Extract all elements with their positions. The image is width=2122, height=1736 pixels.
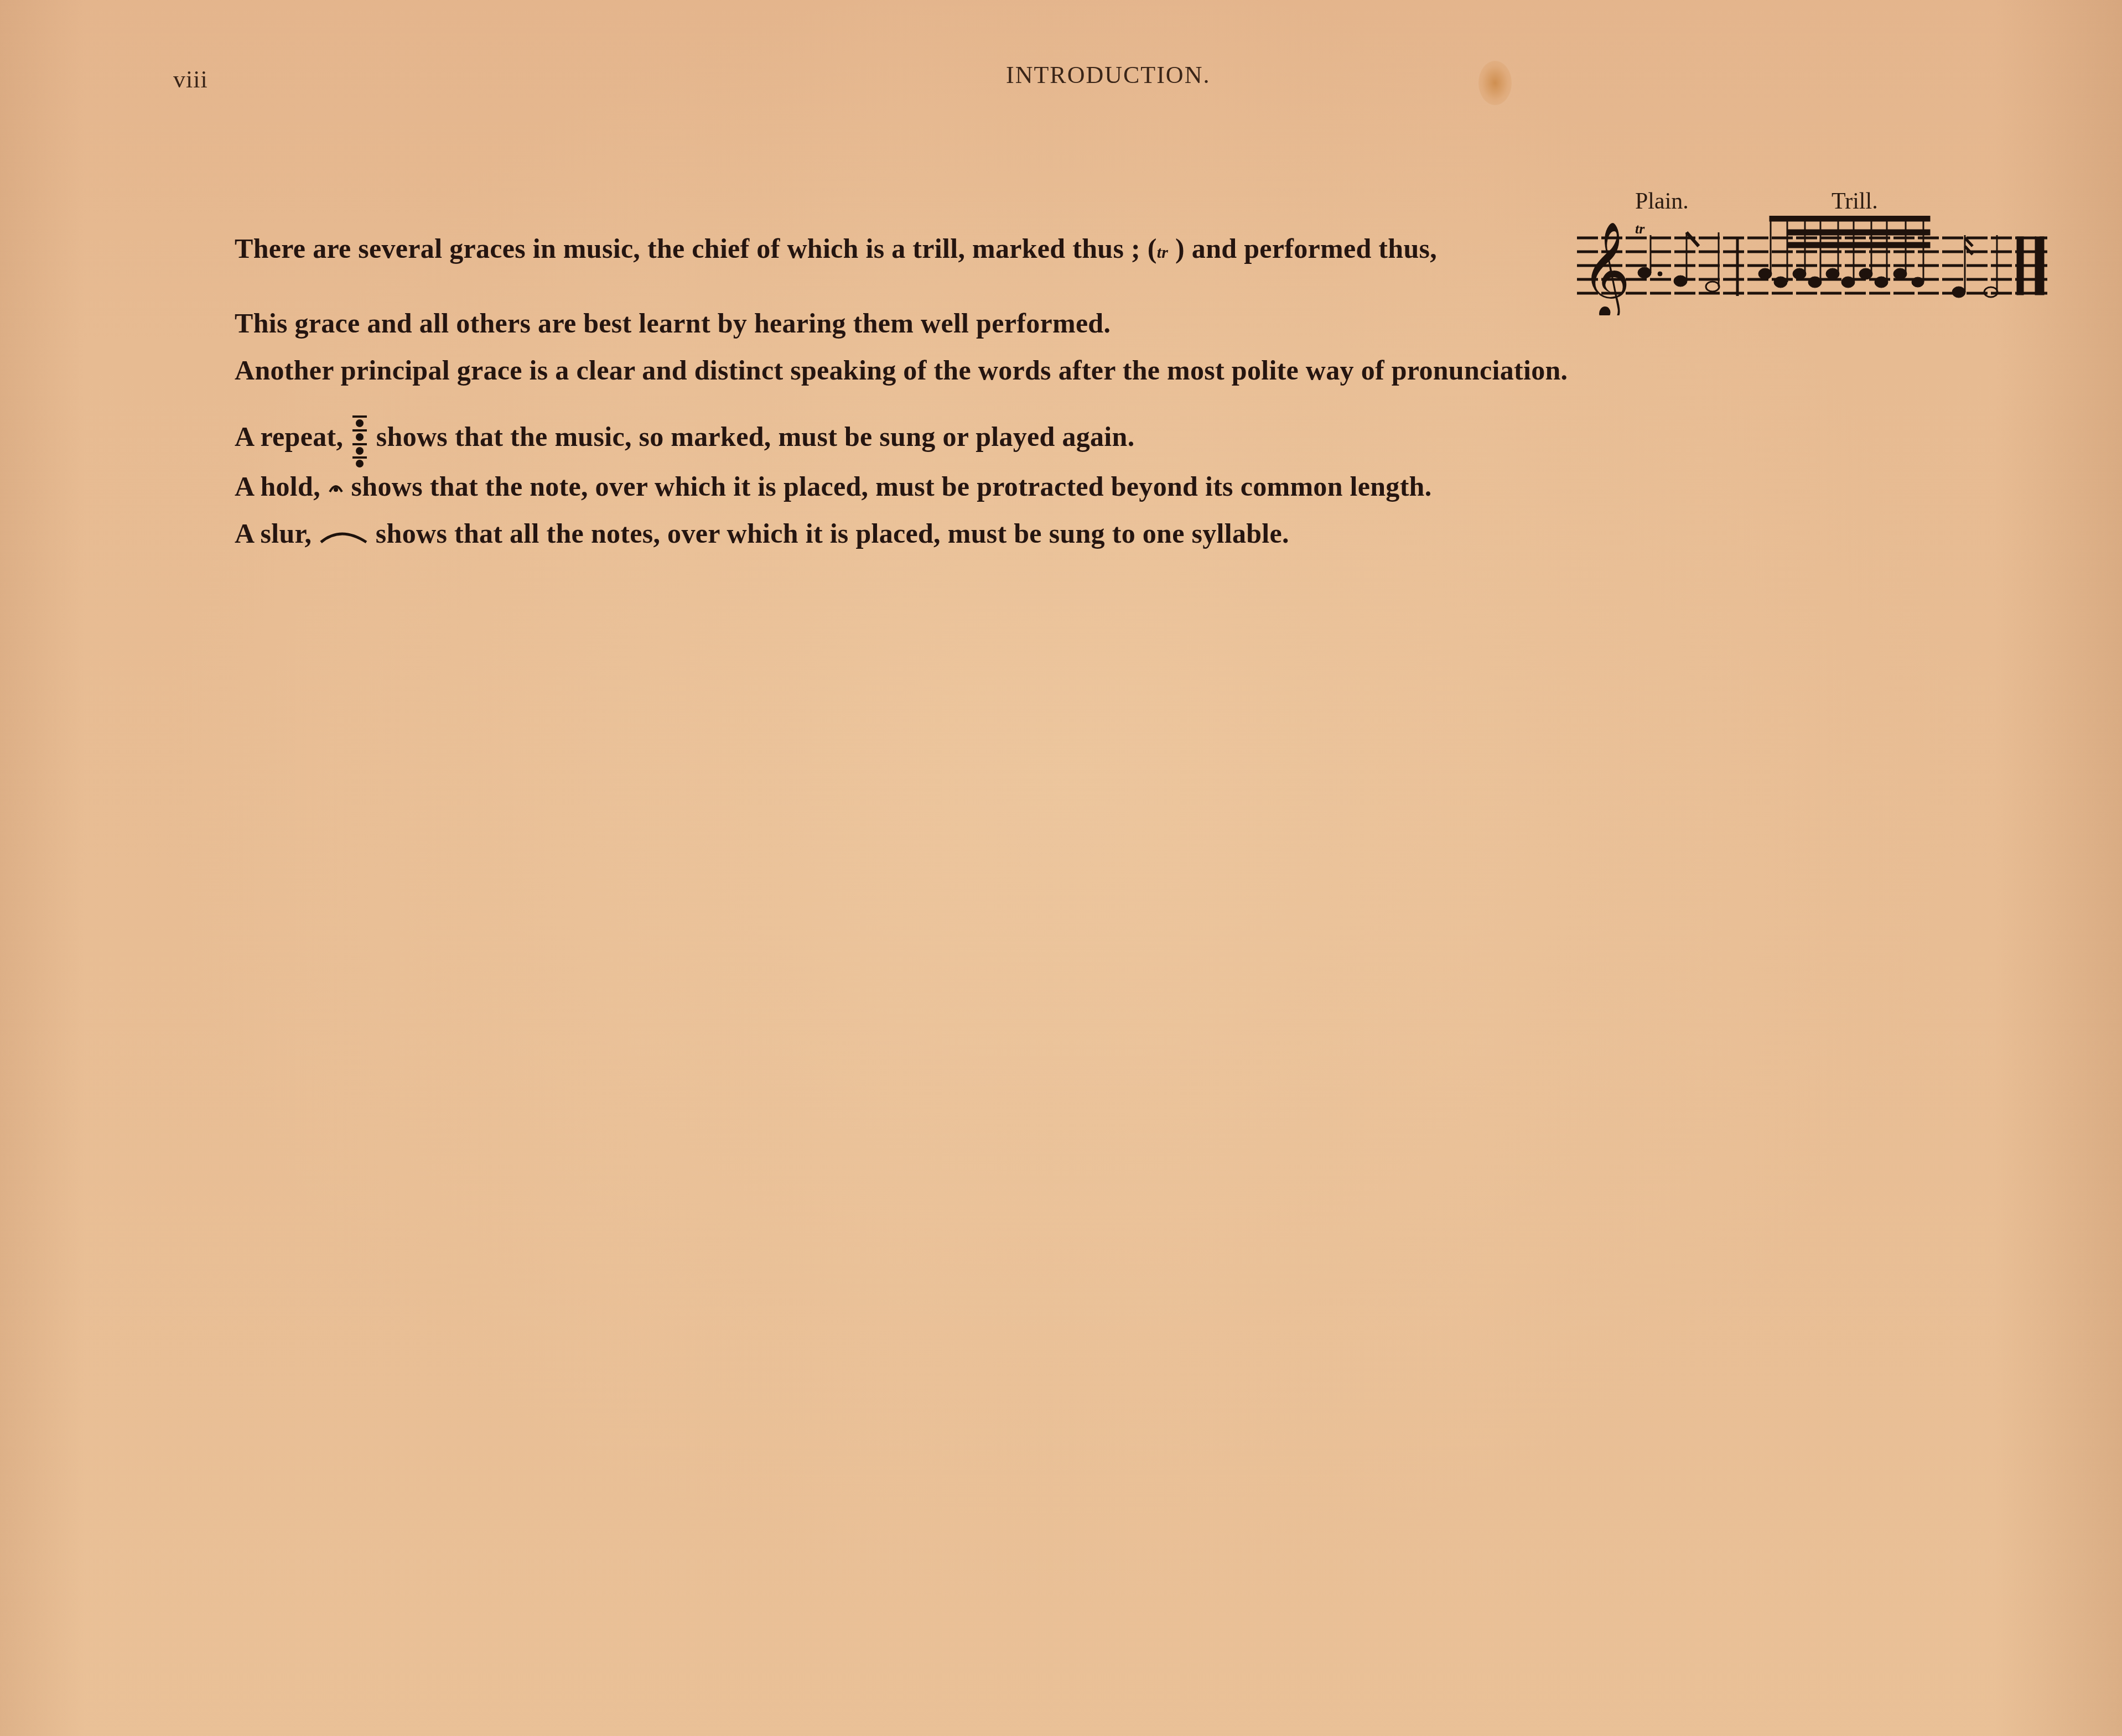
music-example: Plain. Trill. 𝄞 tr bbox=[1571, 183, 2053, 315]
slur-icon bbox=[319, 526, 369, 548]
repeat-text-after: shows that the music, so marked, must be… bbox=[369, 421, 1134, 452]
svg-text:tr: tr bbox=[1635, 221, 1645, 237]
paragraph-repeat: A repeat, shows that the music, so marke… bbox=[235, 412, 1134, 467]
treble-clef-icon: 𝄞 bbox=[1581, 221, 1631, 315]
page-number: viii bbox=[173, 65, 208, 93]
paragraph-learnt: This grace and all others are best learn… bbox=[235, 307, 1111, 339]
staff-notation: 𝄞 tr bbox=[1571, 216, 2053, 315]
label-plain: Plain. bbox=[1635, 188, 1689, 215]
repeat-text-before: A repeat, bbox=[235, 421, 343, 452]
trill-mark-icon: tr bbox=[1157, 243, 1169, 262]
trill-text-before: There are several graces in music, the c… bbox=[235, 233, 1157, 264]
hold-text-after: shows that the note, over which it is pl… bbox=[344, 471, 1432, 502]
repeat-sign-icon bbox=[350, 412, 369, 467]
svg-text:𝄞: 𝄞 bbox=[1581, 221, 1631, 315]
running-head: INTRODUCTION. bbox=[1006, 61, 1210, 89]
paragraph-hold: A hold, shows that the note, over which … bbox=[235, 470, 1432, 502]
slur-text-after: shows that all the notes, over which it … bbox=[369, 518, 1289, 549]
fermata-icon bbox=[328, 479, 344, 501]
paper-stain bbox=[1478, 61, 1512, 105]
hold-text-before: A hold, bbox=[235, 471, 320, 502]
trill-text-after: ) and performed thus, bbox=[1168, 233, 1437, 264]
slur-text-before: A slur, bbox=[235, 518, 312, 549]
paragraph-pronunciation: Another principal grace is a clear and d… bbox=[235, 354, 1568, 386]
paragraph-trill: There are several graces in music, the c… bbox=[235, 232, 1437, 264]
paragraph-slur: A slur, shows that all the notes, over w… bbox=[235, 517, 1289, 549]
label-trill: Trill. bbox=[1832, 188, 1878, 215]
